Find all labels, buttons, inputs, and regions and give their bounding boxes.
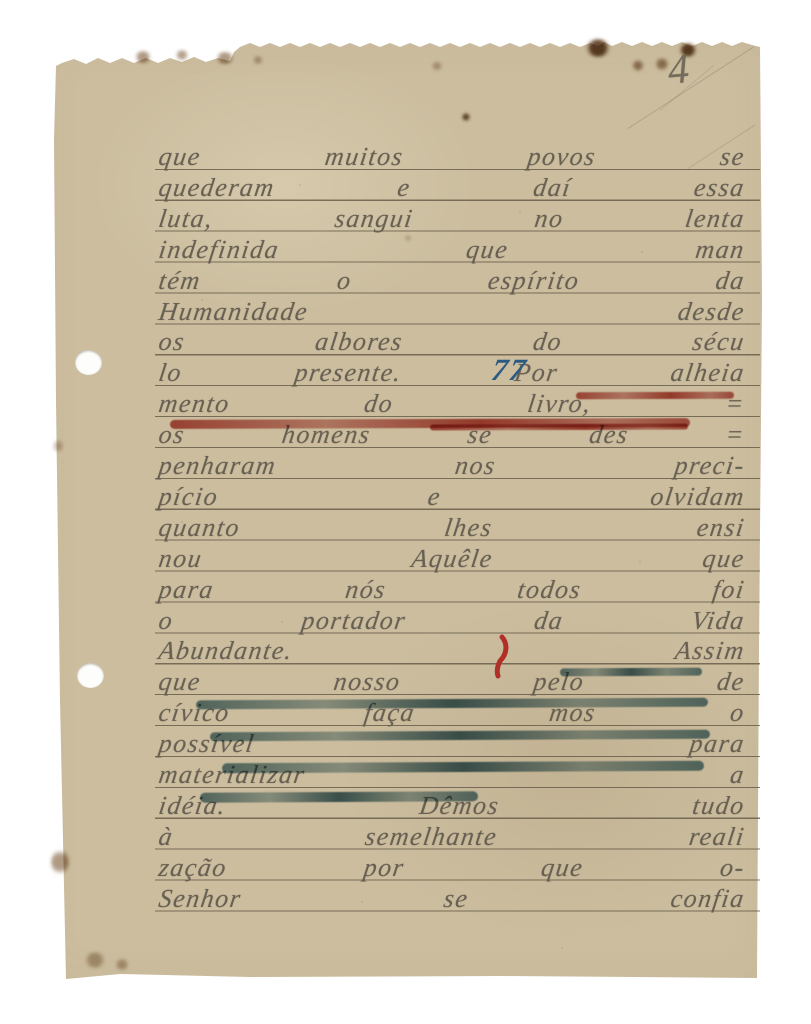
- handwritten-line: para nós todos foi: [157, 573, 747, 605]
- handwritten-line: luta, sangui no lenta: [157, 202, 747, 234]
- stain: [53, 439, 63, 453]
- handwritten-line: nou Aquêle que: [157, 542, 747, 574]
- handwritten-line: indefinida que man: [157, 233, 747, 265]
- handwritten-line: Humanidade desde: [157, 295, 747, 327]
- handwritten-line: os albores do sécu: [157, 325, 747, 357]
- handwritten-line: que muitos povos se: [157, 140, 747, 172]
- handwritten-line: pício e olvidam: [157, 480, 747, 512]
- red-underline-alheia: [576, 392, 734, 400]
- handwritten-line: penharam nos preci-: [157, 449, 747, 481]
- stain: [84, 952, 106, 968]
- handwritten-line: zação por que o-: [157, 851, 747, 883]
- handwritten-line: Senhor se confia: [157, 882, 747, 914]
- handwritten-line: tém o espírito da: [157, 264, 747, 296]
- handwriting-block: que muitos povos se quederam e daí essa …: [159, 140, 745, 920]
- stain: [585, 39, 611, 57]
- hole-punch-top: [75, 350, 102, 375]
- handwritten-line: o portador da Vida: [157, 604, 747, 636]
- scanned-manuscript-page: 4 que muitos povos se quederam e daí ess…: [0, 0, 811, 1024]
- handwritten-line: Abundante. Assim: [157, 634, 747, 666]
- stain: [134, 51, 152, 63]
- stain: [215, 52, 235, 64]
- handwritten-line: quanto lhes ensi: [157, 511, 747, 543]
- handwritten-line: lo presente. Por alheia: [157, 356, 747, 388]
- stain: [632, 60, 644, 71]
- red-comma-mark: [488, 634, 512, 680]
- handwritten-line: quederam e daí essa: [157, 171, 747, 203]
- stain: [175, 50, 189, 60]
- page-number: 4: [666, 45, 691, 95]
- blue-underline-assim: [560, 668, 702, 677]
- stain: [115, 959, 129, 970]
- stain: [253, 56, 263, 64]
- stain: [462, 113, 470, 121]
- stain: [431, 62, 443, 70]
- blue-ink-insertion-mark: 77: [489, 352, 530, 388]
- handwritten-line: à semelhante reali: [157, 820, 747, 852]
- hole-punch-bottom: [77, 663, 104, 688]
- stain: [51, 848, 69, 876]
- blue-underline-materializar: [200, 791, 478, 802]
- red-underline-mento-do-livro-overstroke: [430, 424, 688, 431]
